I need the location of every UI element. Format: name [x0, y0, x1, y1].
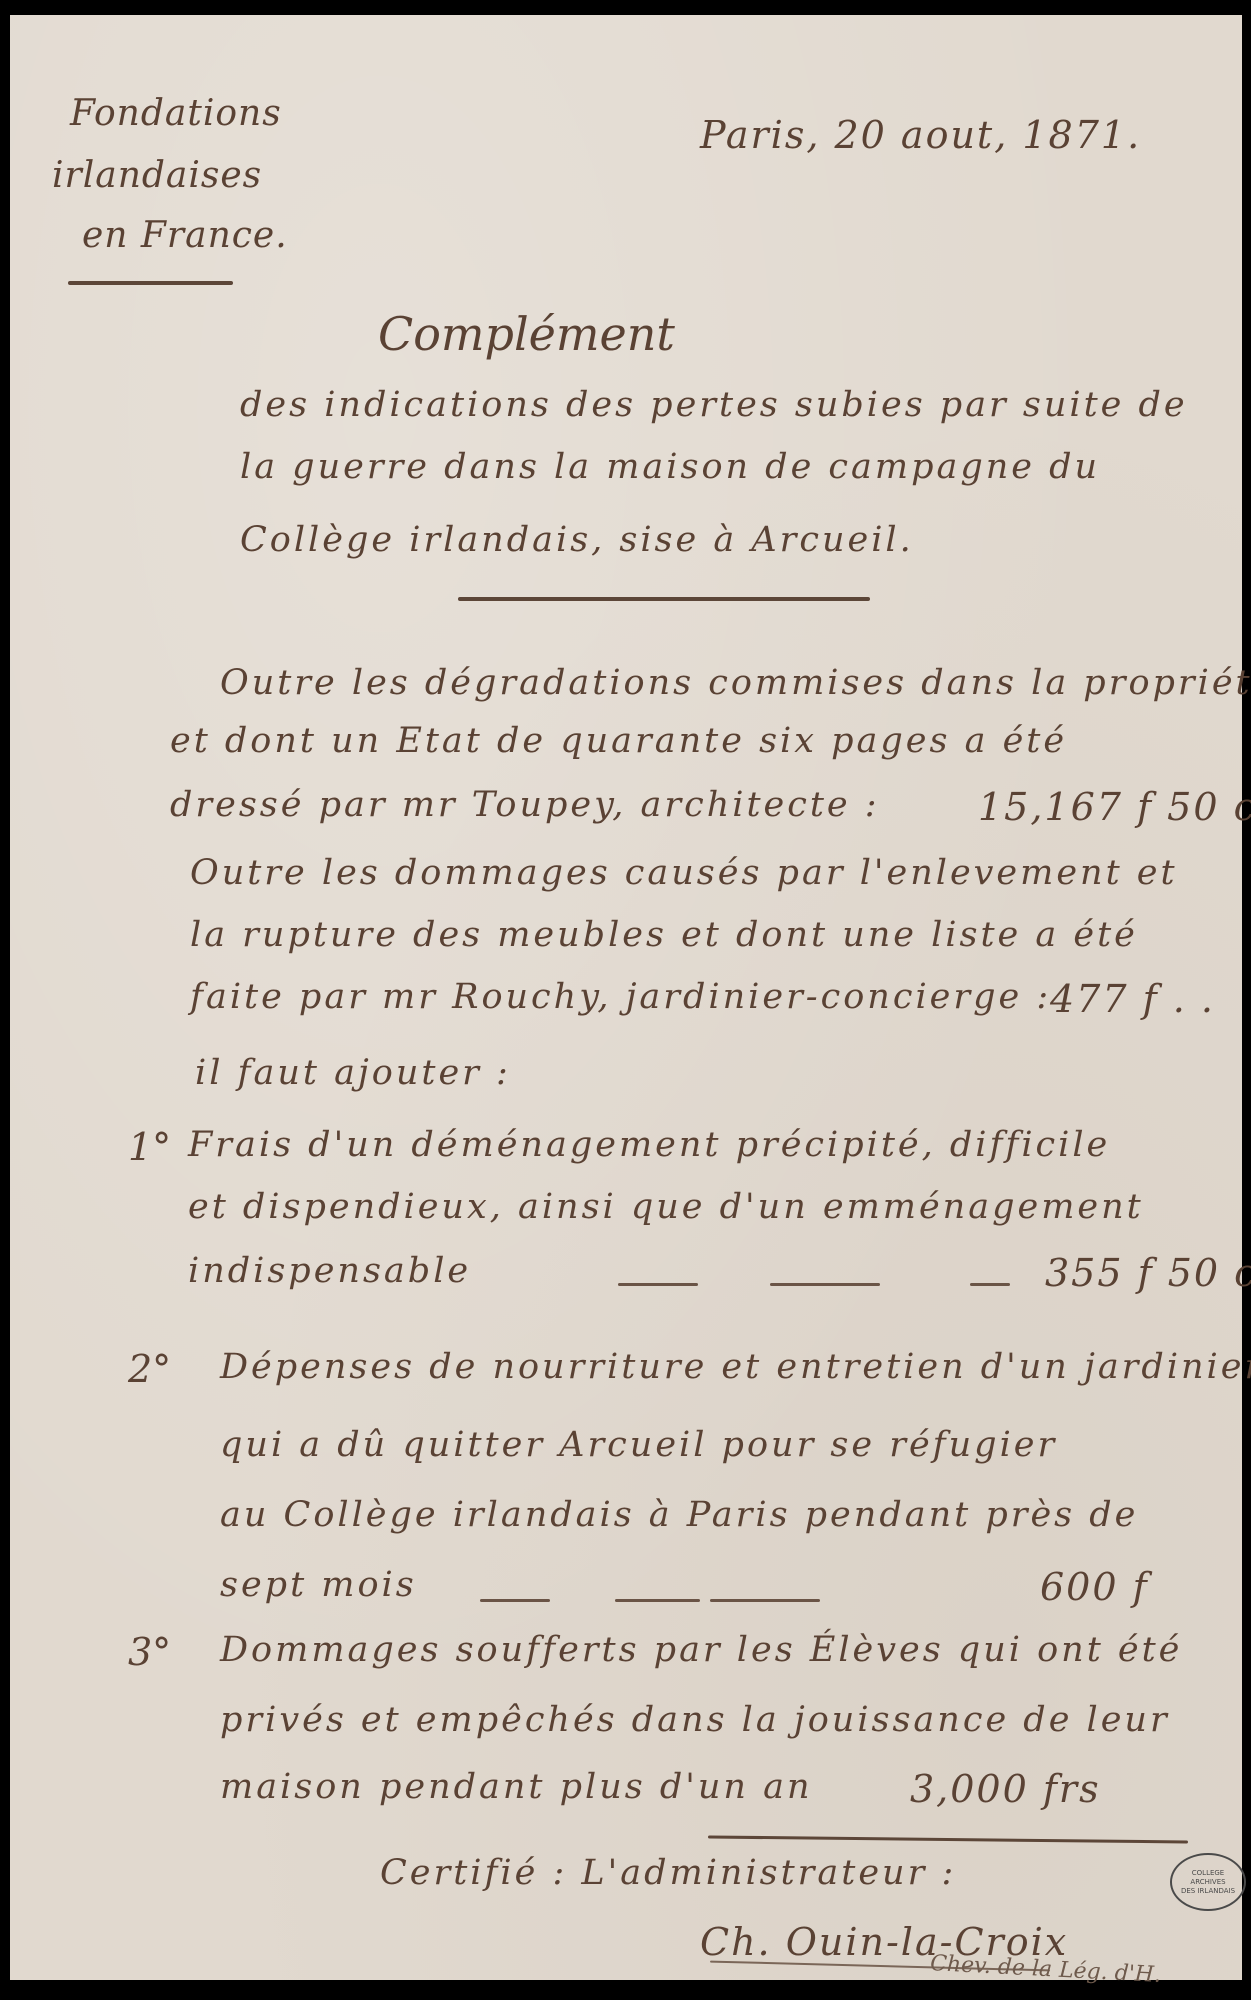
- item-1-line-3: indispensable: [188, 1251, 471, 1291]
- item-2-line-2: qui a dû quitter Arcueil pour se réfugie…: [220, 1425, 1057, 1465]
- para2-line-3: faite par mr Rouchy, jardinier-concierge…: [190, 977, 1051, 1017]
- para1-line-3: dressé par mr Toupey, architecte :: [170, 785, 880, 825]
- subtitle-line-2: la guerre dans la maison de campagne du: [240, 447, 1100, 487]
- archive-stamp: COLLEGE ARCHIVES DES IRLANDAIS: [1170, 1853, 1246, 1911]
- item-1-number: 1°: [128, 1125, 171, 1169]
- item-3-number: 3°: [128, 1630, 171, 1674]
- title-separator: [458, 597, 870, 601]
- letter-date: Paris, 20 aout, 1871.: [700, 113, 1141, 157]
- stamp-line-2: ARCHIVES: [1190, 1878, 1225, 1887]
- para1-line-2: et dont un Etat de quarante six pages a …: [170, 721, 1067, 761]
- item-2-line-3: au Collège irlandais à Paris pendant prè…: [220, 1495, 1138, 1535]
- leader-dash: [710, 1599, 820, 1602]
- item-1-line-2: et dispendieux, ainsi que d'un emménagem…: [188, 1187, 1144, 1227]
- para1-line-1: Outre les dégradations commises dans la …: [220, 663, 1251, 703]
- letterhead-underline: [68, 281, 233, 285]
- item-2-amount: 600 f: [1040, 1565, 1149, 1609]
- item-3-line-1: Dommages soufferts par les Élèves qui on…: [220, 1630, 1182, 1670]
- leader-dash: [618, 1283, 698, 1286]
- signature-title: Chev. de la Lég. d'H.: [930, 1951, 1162, 1988]
- item-2-number: 2°: [128, 1347, 171, 1391]
- item-2-line-4: sept mois: [220, 1565, 417, 1605]
- leader-dash: [615, 1599, 700, 1602]
- stamp-line-1: COLLEGE: [1192, 1869, 1224, 1878]
- subtitle-line-3: Collège irlandais, sise à Arcueil.: [240, 520, 914, 560]
- item-3-line-2: privés et empêchés dans la jouissance de…: [220, 1700, 1170, 1740]
- item-3-amount: 3,000 frs: [910, 1767, 1101, 1811]
- additions-intro: il faut ajouter :: [195, 1053, 511, 1093]
- leader-dash: [970, 1283, 1010, 1286]
- subtitle-line-1: des indications des pertes subies par su…: [240, 385, 1188, 425]
- para2-line-1: Outre les dommages causés par l'enleveme…: [190, 853, 1178, 893]
- document-title: Complément: [378, 307, 675, 361]
- leader-dash: [770, 1283, 880, 1286]
- certification-text: Certifié : L'administrateur :: [380, 1853, 956, 1893]
- item-2-line-1: Dépenses de nourriture et entretien d'un…: [220, 1347, 1251, 1387]
- leader-dash: [480, 1599, 550, 1602]
- document-page: Fondations irlandaises en France. Paris,…: [10, 15, 1242, 1980]
- item-3-line-3: maison pendant plus d'un an: [220, 1767, 812, 1807]
- para2-amount: 477 f . .: [1050, 977, 1215, 1021]
- stamp-line-3: DES IRLANDAIS: [1181, 1887, 1235, 1896]
- letterhead-line-2: irlandaises: [52, 155, 262, 196]
- item-1-line-1: Frais d'un déménagement précipité, diffi…: [188, 1125, 1110, 1165]
- para2-line-2: la rupture des meubles et dont une liste…: [190, 915, 1138, 955]
- letterhead-line-1: Fondations: [70, 93, 282, 134]
- total-rule: [708, 1835, 1188, 1843]
- item-1-amount: 355 f 50 c: [1045, 1251, 1251, 1295]
- letterhead-line-3: en France.: [82, 215, 288, 256]
- para1-amount: 15,167 f 50 c: [978, 785, 1251, 829]
